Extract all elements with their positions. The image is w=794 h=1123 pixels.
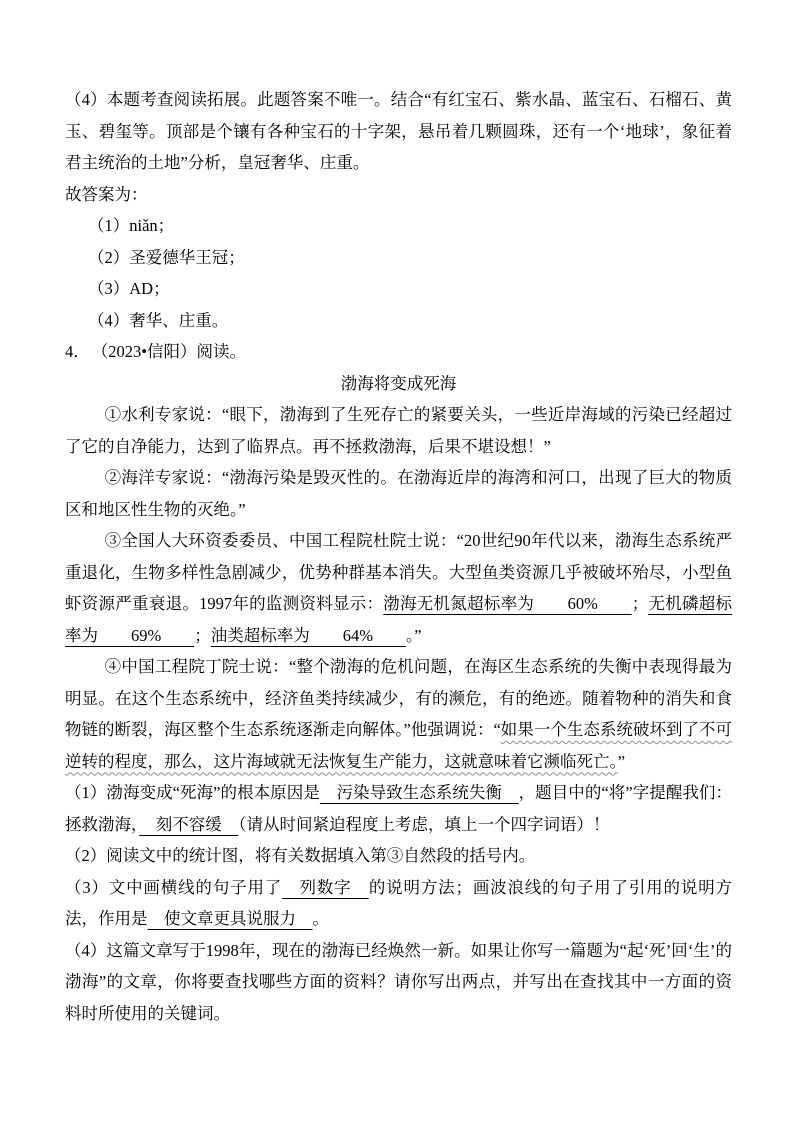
passage-paragraph-1: ①水利专家说：“眼下，渤海到了生死存亡的紧要关头，一些近岸海域的污染已经超过了它… xyxy=(65,399,732,462)
para3-closing-text: 。” xyxy=(406,626,422,645)
para3-stat-oil-underline: 油类超标率为 64% xyxy=(211,626,406,645)
passage-title: 渤海将变成死海 xyxy=(65,368,732,400)
q1-text-3: （请从时间紧迫程度上考虑，填上一个四字词语）！ xyxy=(238,815,609,834)
q3-blank-answer-2: 使文章更具说服力 xyxy=(148,909,313,928)
q1-blank-answer-1: 污染导致生态系统失衡 xyxy=(320,783,519,802)
answer-item-3: （3）AD； xyxy=(65,273,732,305)
question-3: （3）文中画横线的句子用了 列数字 的说明方法；画波浪线的句子用了引用的说明方法… xyxy=(65,872,732,935)
answer-item-2: （2）圣爱德华王冠； xyxy=(65,242,732,274)
question-4: （4）这篇文章写于1998年，现在的渤海已经焕然一新。如果让你写一篇题为“起‘死… xyxy=(65,935,732,1030)
para3-separator-1: ； xyxy=(632,594,649,613)
answers-label: 故答案为： xyxy=(65,179,732,211)
q1-text-1: （1）渤海变成“死海”的根本原因是 xyxy=(65,783,320,802)
answer-item-4: （4）奢华、庄重。 xyxy=(65,305,732,337)
passage-paragraph-4: ④中国工程院丁院士说：“整个渤海的危机问题，在海区生态系统的失衡中表现得最为明显… xyxy=(65,651,732,777)
q3-text-1: （3）文中画横线的句子用了 xyxy=(65,878,282,897)
para3-stat-nitrogen-underline: 渤海无机氮超标率为 60% xyxy=(383,594,631,613)
question4-header: 4．（2023•信阳）阅读。 xyxy=(65,336,732,368)
q3-text-3: 。 xyxy=(313,909,330,928)
passage-paragraph-2: ②海洋专家说：“渤海污染是毁灭性的。在渤海近岸的海湾和河口，出现了巨大的物质区和… xyxy=(65,462,732,525)
document-page: （4）本题考查阅读拓展。此题答案不唯一。结合“有红宝石、紫水晶、蓝宝石、石榴石、… xyxy=(0,0,794,1123)
answers-list: （1）niǎn； （2）圣爱德华王冠； （3）AD； （4）奢华、庄重。 xyxy=(65,210,732,336)
q1-blank-answer-2: 刻不容缓 xyxy=(139,815,238,834)
analysis-item4-paragraph: （4）本题考查阅读拓展。此题答案不唯一。结合“有红宝石、紫水晶、蓝宝石、石榴石、… xyxy=(65,84,732,179)
question-2: （2）阅读文中的统计图，将有关数据填入第③自然段的括号内。 xyxy=(65,840,732,872)
question4-source: （2023•信阳）阅读。 xyxy=(92,342,246,361)
answer-item-1: （1）niǎn； xyxy=(65,210,732,242)
para3-separator-2: ； xyxy=(194,626,211,645)
question-1: （1）渤海变成“死海”的根本原因是 污染导致生态系统失衡 ，题目中的“将”字提醒… xyxy=(65,777,732,840)
question4-number: 4． xyxy=(65,336,90,368)
para4-closing-quote: ” xyxy=(618,752,625,771)
passage-paragraph-3: ③全国人大环资委委员、中国工程院杜院士说：“20世纪90年代以来，渤海生态系统严… xyxy=(65,525,732,651)
q3-blank-answer-1: 列数字 xyxy=(282,878,369,897)
